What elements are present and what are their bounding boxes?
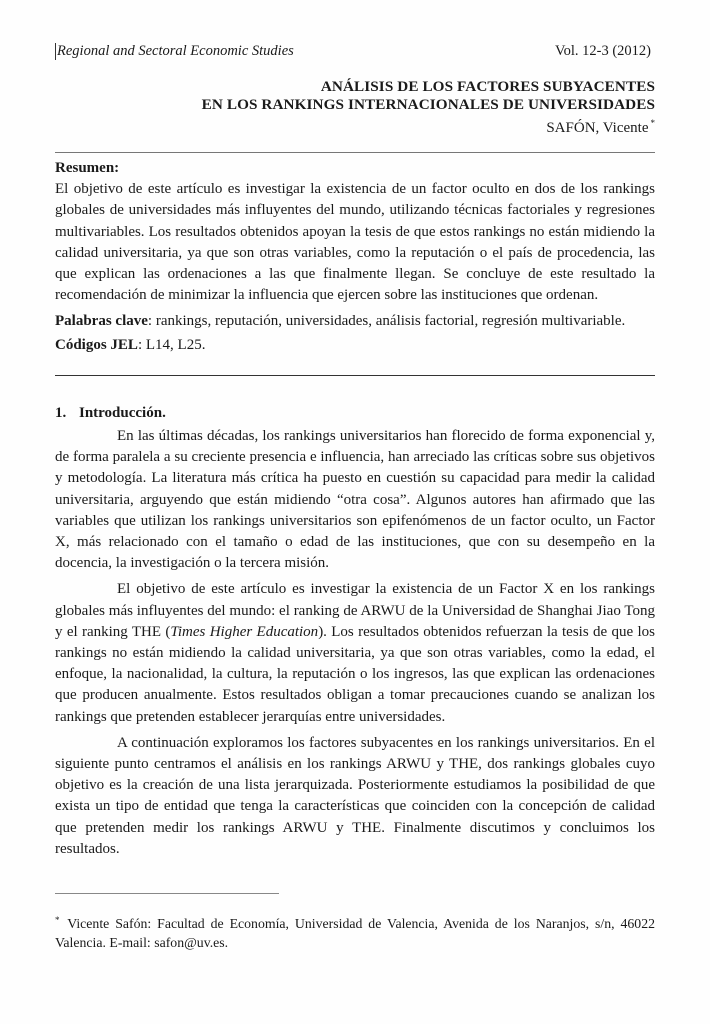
footnote-text: Vicente Safón: Facultad de Economía, Uni…: [55, 916, 655, 950]
abstract-bottom-rule: [55, 375, 655, 376]
author-name: SAFÓN, Vicente: [546, 120, 648, 136]
keywords-list: : rankings, reputación, universidades, a…: [148, 313, 625, 329]
running-header: Regional and Sectoral Economic Studies V…: [55, 43, 655, 63]
paragraph-3: A continuación exploramos los factores s…: [55, 733, 655, 860]
paragraph-2: El objetivo de este artículo es investig…: [55, 579, 655, 727]
paper-title-line-2: EN LOS RANKINGS INTERNACIONALES DE UNIVE…: [55, 96, 655, 114]
author: SAFÓN, Vicente*: [55, 114, 655, 138]
abstract-label-colon: :: [114, 160, 119, 176]
jel-list: : L14, L25.: [138, 337, 206, 353]
abstract-top-rule: [55, 152, 655, 153]
abstract-label: Resumen: [55, 160, 114, 176]
keywords: Palabras clave: rankings, reputación, un…: [55, 312, 655, 331]
paper-title-line-1: ANÁLISIS DE LOS FACTORES SUBYACENTES: [55, 78, 655, 96]
footnote-marker: *: [55, 915, 60, 925]
paragraph-2-italic: Times Higher Education: [170, 624, 318, 640]
journal-name: Regional and Sectoral Economic Studies: [55, 43, 294, 60]
abstract-text: El objetivo de este artículo es investig…: [55, 179, 655, 307]
paragraph-1: En las últimas décadas, los rankings uni…: [55, 426, 655, 574]
document-page: Regional and Sectoral Economic Studies V…: [0, 0, 710, 1024]
title-block: ANÁLISIS DE LOS FACTORES SUBYACENTES EN …: [55, 78, 655, 138]
section-introduction: 1.Introducción. En las últimas décadas, …: [55, 403, 655, 860]
keywords-label: Palabras clave: [55, 313, 148, 329]
section-number: 1.: [55, 403, 79, 423]
abstract: Resumen: El objetivo de este artículo es…: [55, 157, 655, 356]
jel-codes: Códigos JEL: L14, L25.: [55, 335, 655, 356]
abstract-heading: Resumen:: [55, 157, 655, 179]
author-footnote-marker: *: [651, 118, 656, 128]
section-heading: 1.Introducción.: [55, 403, 655, 423]
footnote-separator: [55, 893, 279, 894]
footnote: * Vicente Safón: Facultad de Economía, U…: [55, 911, 655, 952]
section-title: Introducción.: [79, 405, 166, 421]
volume-info: Vol. 12-3 (2012): [555, 43, 651, 60]
jel-label: Códigos JEL: [55, 337, 138, 353]
